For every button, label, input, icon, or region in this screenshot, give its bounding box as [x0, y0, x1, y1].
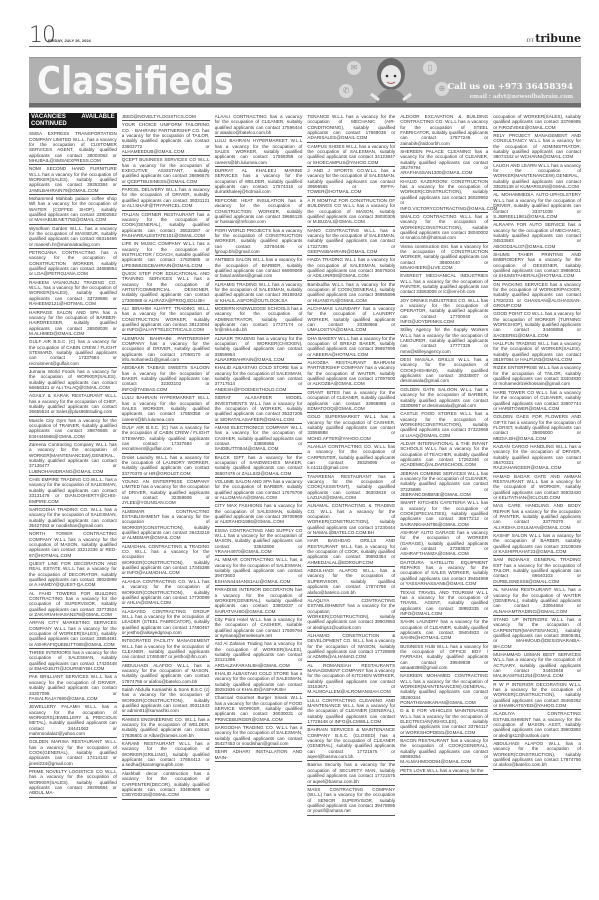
ad-list: JEED@NOVELTYLOGISTICS.COMYOUR CHOICE UNI…	[122, 113, 210, 800]
classified-ad: GRANT BITES has a vacancy for the occupa…	[307, 389, 395, 413]
classified-ad: TENANCE W.L.L has a vacancy for the occu…	[307, 113, 395, 143]
classified-ad: ANTIBES SALON W.L.L has a vacancy for th…	[215, 256, 303, 280]
classified-ad: ALAHLIA CONTRACTING CO. W.L.L has a vaca…	[307, 443, 395, 473]
classified-ad: TEXAS TRAVEL AND TOURISM W.L.L has a vac…	[400, 589, 488, 619]
brand-prefix: DT	[526, 38, 534, 44]
classified-ad: QUEST LINE FOR DECORATION AND REAL ESTAT…	[29, 560, 117, 590]
classified-ad: Alashball decor construction has a vacan…	[122, 770, 210, 800]
classified-ad: DHA BAKERY W.L.L has a vacancy for the o…	[307, 335, 395, 359]
classified-ad: JOY DRINKS INDUSTRIES CO. W.L.L has a va…	[400, 297, 488, 327]
classified-ad: THREE INTERIORS has a vacancy for the oc…	[29, 649, 117, 673]
classified-ad: KHALID KAZEROONI CONSTRUCTION has a vaca…	[400, 178, 488, 213]
classified-ad: Stilley Agency for the Supply Workers W.…	[400, 326, 488, 356]
classified-ad: QUICK STEP FOR EDUCATIONAL AND TRAINING …	[122, 270, 210, 305]
classified-ad: MASS CONTRACTING COMPANY (W.L.L) has a v…	[307, 786, 395, 816]
classified-ad: CASTLE FOOD STORES W.L.L has a vacancy f…	[400, 410, 488, 440]
classified-ad: HALLFUN TRADING W.L.L has a vacancy for …	[493, 340, 581, 364]
classified-ad: Bambudha W.L.L has a vacancy for the occ…	[307, 281, 395, 305]
classified-ad: occupation of WORKER(SALES), suitably qu…	[493, 113, 581, 132]
classified-ad: ALRAAFA FOR AUTO SERVICE has a vacancy f…	[493, 221, 581, 251]
classified-ad: YOUNG AN ENTERPRISE COMPANY LIMITED has …	[122, 478, 210, 508]
classified-ad: TAVAREENA RESTAURANT has a vacancy for t…	[307, 473, 395, 503]
classified-ad: ABDULHADI ALAFOO W.L.L has a vacancy for…	[307, 567, 395, 597]
classified-ad: ALAALI CONTRACTING has a vacancy for the…	[215, 113, 303, 137]
classified-ad: NANO CONTRACTING W.L.L has a vacancy for…	[307, 227, 395, 257]
classified-ad: Jumana World Foods has a vacancy for the…	[29, 368, 117, 392]
operator-illustration	[369, 56, 413, 106]
classified-ad: Visma construction Est. has a vacancy fo…	[400, 243, 488, 273]
classified-ad: CAMPUS SHOES W.L.L has a vacancy for the…	[307, 143, 395, 167]
classified-ad: KHALID ALBASTAKI COLD STORE has a vacanc…	[215, 670, 303, 694]
classified-ad: ITALIAN CORNER RESTAURANT has a vacancy …	[122, 211, 210, 241]
issue-date: FRIDAY, JULY 26, 2024	[48, 38, 91, 43]
column-4: TENANCE W.L.L has a vacancy for the occu…	[307, 113, 395, 900]
section-heading: VACANCIES AVAILABLE CONTINUED	[29, 113, 117, 128]
column-2: JEED@NOVELTYLOGISTICS.COMYOUR CHOICE UNI…	[122, 113, 210, 900]
classified-ad: DURRAT AL KHALEEJ MARINE SERVICES has a …	[215, 167, 303, 197]
brand-name: tribune	[535, 32, 581, 45]
classified-ad: KASHIF SALON W.L.L has a vacancy for the…	[493, 532, 581, 556]
ad-list: TENANCE W.L.L has a vacancy for the occu…	[307, 113, 395, 816]
classified-ad: ALMEMAR CONTRACTING ESTABLISHMENT has a …	[122, 508, 210, 543]
classified-ad: ALNASR TRADING has a vacancy for the occ…	[215, 335, 303, 365]
call-us-text: Call us on +973 36458394	[447, 82, 573, 92]
classified-ad: ALRAMIS TRADING W.L.L has a vacancy for …	[215, 281, 303, 305]
banner-bottom-bar	[29, 103, 581, 107]
classified-ad: ALEMRAN BAHRAINI PARTNERSHIP COMPANY has…	[122, 335, 210, 365]
banner-title: Classifieds	[37, 58, 234, 104]
classified-ad: SARGODHA TRADING CO. W.L.L has a vacancy…	[215, 724, 303, 748]
classified-ad: City Point Hotel W.L.L has a vacancy for…	[215, 616, 303, 640]
tablet-icon: ▯	[423, 61, 437, 75]
classified-ad: Wyndham Garden W.L.L. has a vacancy for …	[29, 225, 117, 249]
classified-ad: ALAHLIA CONTRACTING CO. W.L.L has a vaca…	[122, 578, 210, 608]
column-6: occupation of WORKER(SALES), suitably qu…	[493, 113, 581, 900]
classified-ad: ALAQLIYA CONTRACTING ESTABLISHMENT has a…	[307, 597, 395, 632]
classified-ad: AMANI ELECTRONICS COMPANY W.L.L has a va…	[215, 424, 303, 454]
classified-ad: GULF AIR B.S.C. (C) has a vacancy for th…	[29, 338, 117, 368]
classified-ad: BUSINESS HUB W.L.L has a vacancy for the…	[400, 643, 488, 673]
classified-ad: GOLDEN GATE SALOON W.L.L has a vacancy f…	[400, 386, 488, 410]
classified-ad: QCEPT BUSINESS SERVICES CO W.L.L has a v…	[122, 156, 210, 186]
classified-ad: CHIS EMPIRE TRADING CO.W.L.L. has a vaca…	[29, 476, 117, 506]
classified-ad: Zareena Contracting Company W.L.L has a …	[29, 441, 117, 476]
classified-ad: PARCEL DELIVERY W.L.L has a vacancy for …	[122, 186, 210, 210]
classified-ad: SHEREEN PALACE CLEANING has a vacancy fo…	[400, 148, 488, 178]
column-1: VACANCIES AVAILABLE CONTINUED SMSA EXPRE…	[29, 113, 117, 900]
classified-ad: NASREEN MOHAMED CONTRACTING W.L.L has a …	[400, 672, 488, 707]
classified-ad: GOLDEN GAES FOR FLOWERS AND GIFTS has a …	[493, 413, 581, 443]
classified-ad: ALI IBRAHIM ALHYFT TRADING W.L.L has a v…	[122, 305, 210, 335]
ad-list: ALDOOR EXCAVATION & BUILDING CONTRACTING…	[400, 113, 488, 775]
classified-ad: ABDULHADI ALAFOO W.L.L has a vacancy for…	[493, 740, 581, 770]
ad-list: occupation of WORKER(SALES), suitably qu…	[493, 113, 581, 770]
classified-ad: HARB TOWER CO W.L.L has a vacancy for th…	[493, 389, 581, 413]
classified-ad: PAK BRILLIANT SERVICES W.L.L has a vacan…	[29, 673, 117, 703]
classified-ad: VOLUME SALON AND SPA has a vacancy for t…	[215, 478, 303, 502]
classified-ad: ALADLIYA CONTRACTING ESTABLISHMENT has a…	[493, 710, 581, 740]
classified-ad: FIORI WORLD PROJECTS has a vacancy for t…	[215, 227, 303, 257]
classified-ad: HAIRPAGE SALON AND SPA has a vacancy for…	[29, 309, 117, 339]
brand-logo: DTtribune	[526, 32, 581, 45]
classified-ad: Grolet Laundry W.L.L has a vacancy for t…	[122, 454, 210, 478]
classified-ad: MODERN KNOWLEDGE SCHOOLS has a vacancy f…	[215, 305, 303, 335]
classified-ad: JEED@NOVELTYLOGISTICS.COM	[122, 113, 210, 121]
classified-ad: AL MIMAR CONTRACTING W.L.L has a vacancy…	[215, 556, 303, 586]
classified-ad: Charcoal Gourmet Burger Snack W.L.L has …	[215, 694, 303, 724]
classified-ad: EVEREST MECHANICAL INDUSTRIES W.L.L has …	[400, 272, 488, 296]
classified-ad: GOOD POINT CO W.L.L has a vacancy for th…	[493, 310, 581, 340]
ad-list: SMSA EXPRESS TRANSPORTATION COMPANY LIMI…	[29, 130, 117, 798]
classified-ad: LIFE IN MUSIC COMPANY W.L.L has a vacanc…	[122, 240, 210, 270]
classified-ad: SMART KITCHEN CAFETERIA W.L.L has a vaca…	[400, 499, 488, 529]
classified-ad: AL FAHD TOWERS FOR BUILDING CONTRACTING …	[29, 590, 117, 620]
classified-ad: ALKOZBA RESTAURANT BAHRAINI PARTNERSHIP …	[307, 359, 395, 389]
classified-ad: KARAMI RESTAURANT W.L.L has a vacancy fo…	[122, 740, 210, 770]
classified-ad: JEBRAN COMBINE SERVICES W.L.L has a vaca…	[400, 470, 488, 500]
classified-ad: BAHRAIN SERVICES & MAINTENANCE COMPANY B…	[307, 726, 395, 761]
classified-ad: HAMAD BADAR GATE AND AMMAN RESTAURANT W.…	[493, 473, 581, 503]
classified-ad: ALMADHAL CONTRACTING & TRADING CO. W.L.L…	[122, 543, 210, 578]
classified-ad: ALASAYED CONTRACTING GROUP W.L.L has a v…	[122, 608, 210, 638]
classified-ad: ALDOOR EXCAVATION & BUILDING CONTRACTING…	[400, 113, 488, 148]
classified-ad: DAITOURA SATELLITE EQUIPMENT REPAIRS has…	[400, 559, 488, 589]
classified-ad: MUHAMMAD USMAN BEST SERVICES W.L.L has a…	[493, 651, 581, 681]
column-3: ALAALI CONTRACTING has a vacancy for the…	[215, 113, 303, 900]
classified-ad: SMSA EXPRESS TRANSPORTATION COMPANY LIMI…	[29, 130, 117, 165]
classified-ad: LAUGH AND LEARN W.L.L has a vacancy for …	[493, 162, 581, 192]
classified-ad: PRIME NOVELTY LOGISTICS CO W.L.L has a v…	[29, 768, 117, 798]
page-header: 10 FRIDAY, JULY 26, 2024	[29, 24, 281, 47]
classified-ad: PETS LOVE W.L.L has a vacancy for the	[400, 767, 488, 775]
classified-ad: Ard Al Zafaran Trading has a vacancy for…	[215, 640, 303, 670]
classified-ad: LULU CONTRACTING CLEANING AND MAINTENANC…	[307, 697, 395, 727]
classified-ad: ALNAMAL CONTRACTING & TRADING CO. W.L.L …	[307, 502, 395, 537]
page-header-right: DTtribune	[281, 24, 581, 47]
classified-ad: ASHRAF AUTO GARAGE has a vacancy for the…	[400, 529, 488, 559]
classified-ad: SAHIN LAUNDRY has a vacancy for the occu…	[400, 618, 488, 642]
classified-ad: AL MOHAMMEDIA AUTO-UPHOLSTERY W.L.L has …	[493, 191, 581, 221]
classified-ad: AL ROMANSIAH RESTAURANTS MANAGEMENT COMP…	[307, 662, 395, 697]
classified-ad: REFCONE HEAT INSULATION has a vacancy fo…	[215, 197, 303, 227]
classified-ad: A R MOMTAZ FOR CONSTRUCTION OF BUILDINGS…	[307, 197, 395, 227]
classified-ad: MAS CARE HANDLING AND BODY REPAIR has a …	[493, 502, 581, 532]
classified-ad: NOMI SECOND HAND FURNITURE W.L.L has a v…	[29, 165, 117, 195]
classified-ad: PARADISE INTERIOR DECORATION has a vacan…	[215, 586, 303, 616]
classified-ad: HAIR BAGHDAD GRILLS AND RESTAURANT W.L.L…	[307, 537, 395, 567]
classified-ad: D & E FOR VEHICLES MAINTENANCE W.L.L has…	[400, 707, 488, 737]
classified-ad: Salah Abdulla Kamashki & Sons B.S.C (c) …	[122, 686, 210, 716]
classified-ad: JEWELLERY FALAMH W.L.L has a vacancy for…	[29, 703, 117, 738]
classified-ad: ALHAMAD CONSTRUCTION & DEVELOPMENT CO. W…	[307, 632, 395, 662]
classified-ad: SMALCO CONTRACTING W.L.L has a vacancy f…	[400, 213, 488, 243]
classified-ad: NORTH TOWER CONTRACTING COMPANY W.L.L ha…	[29, 530, 117, 560]
classified-ad: Mohammed Mahbab palace coffee shop Wll h…	[29, 195, 117, 225]
classified-ad: YOUR CHOICE UNIFORM TAILORING CO. - BAHR…	[122, 121, 210, 156]
classified-ad: GN PACKING SERVICES has a vacancy for th…	[493, 281, 581, 311]
classified-ad: PETROJANA CONTRACTING has a vacancy for …	[29, 249, 117, 279]
classified-ad: AGAILY & KARAK RESTAURANT W.L.L has a va…	[29, 392, 117, 416]
classified-ad: GOLD SUPERMARKET W.L.L has a vacancy for…	[307, 413, 395, 443]
classifieds-columns: VACANCIES AVAILABLE CONTINUED SMSA EXPRE…	[29, 113, 581, 900]
classified-ad: LULU BAHRAIN HYPERMARKET W.L.L has a vac…	[122, 394, 210, 424]
classified-ad: Basma Security has a vacancy for the occ…	[307, 761, 395, 785]
classified-ad: KAZIAN CARGO HANDLING W.L.L has a vacanc…	[493, 443, 581, 473]
classified-ad: LULU BAHRAIN HYPERMARKET W.L.L has a vac…	[215, 137, 303, 167]
classified-ad: R W P INTERIOR DECORATION W.L.L has a va…	[493, 681, 581, 711]
classified-ad: DESI MASALA GRILLS W.L.L has a vacancy f…	[400, 356, 488, 386]
classified-ad: ABOBAKR TAEBAS SWEETS SALOON has a vacan…	[122, 364, 210, 394]
classified-ad: ARFAN CITY MARKETING SERVICES COMPANY W.…	[29, 619, 117, 649]
classifieds-banner: Classifieds ✉ ✆ ▯ ⊕ Call us on +973 3645…	[29, 57, 581, 108]
classified-ad: INTEGRATED FACILITY MANAGEMENT W.L.L has…	[122, 637, 210, 661]
classified-ad: ALDAR INTERNATIONAL & THE INFANT SCHOOLS…	[400, 440, 488, 470]
classified-ad: ABDULHADI ALAFOO W.L.L has a vacancy for…	[122, 662, 210, 686]
classified-ad: SEHR ADHARI INSTALLATION AND MAIN-	[215, 748, 303, 762]
classified-ad: RIZEK ENTERPRISE W.L.L has a vacancy for…	[493, 364, 581, 388]
classified-ad: RAMSIS ENGINEERING CO. W.L.L has a vacan…	[122, 716, 210, 740]
classified-ad: AL NAHAM RESTAURANT W.L.L has a vacancy …	[493, 586, 581, 616]
phone-icon: ✆	[339, 84, 353, 98]
classified-ad: RAHEEM VAVAKUNJU TRADING CO. W.L.L. has …	[29, 279, 117, 309]
page-number: 10	[29, 25, 55, 47]
column-5: ALDOOR EXCAVATION & BUILDING CONTRACTING…	[400, 113, 488, 900]
classified-ad: SIDRAT ALASAFEER MODEL INVESTMENTS W.L.L…	[215, 394, 303, 424]
classified-ad: GOLDEN MARISA RESTAURANT W.L.L has a vac…	[29, 738, 117, 768]
classified-ad: SAM INDIANAS GENERAL TRADING EST has a v…	[493, 556, 581, 586]
email-text: email : advt@newsofbahrain.com	[470, 94, 573, 100]
classified-ad: BALCK GIFT has a vacancy for the occupat…	[215, 454, 303, 478]
classified-ad: Muscle City Gym has a vacancy for the oc…	[29, 417, 117, 441]
classified-ad: J AND J SPORTS CO.W.L.L has a vacancy fo…	[307, 167, 395, 197]
classified-ad: HAIZA TRADING W.L.L has a vacancy for th…	[307, 256, 395, 280]
classified-ad: CITY MAX FASHIONS has a vacancy for the …	[215, 502, 303, 526]
classified-ad: SARGODHA TRADING CO. W.L.L has a vacancy…	[29, 506, 117, 530]
classified-ad: BACON RESTAURANT has a vacancy for the o…	[400, 737, 488, 767]
classified-ad: STAND UP INTERIORS W.L.L has a vacancy f…	[493, 616, 581, 651]
classified-ad: EISSA CONTRACTING AND SUPPLY CO W.L.L ha…	[215, 527, 303, 557]
ad-list: ALAALI CONTRACTING has a vacancy for the…	[215, 113, 303, 762]
mail-icon: ✉	[347, 61, 361, 75]
classified-ad: GULF AIR B.S.C. (C) has a vacancy for th…	[122, 424, 210, 454]
classified-ad: ALCHAMAS LAUNDARY has a vacancy for the …	[307, 305, 395, 335]
classified-ad: KHALID ALBASTAKI COLD STORE has a vacanc…	[215, 364, 303, 394]
classified-ad: SHUMS TAHER PRINTING AND EMBROIDERY has …	[493, 251, 581, 281]
classified-ad: RELY PROJECT MANAGEMENT AND CONSULTANCY …	[493, 132, 581, 162]
